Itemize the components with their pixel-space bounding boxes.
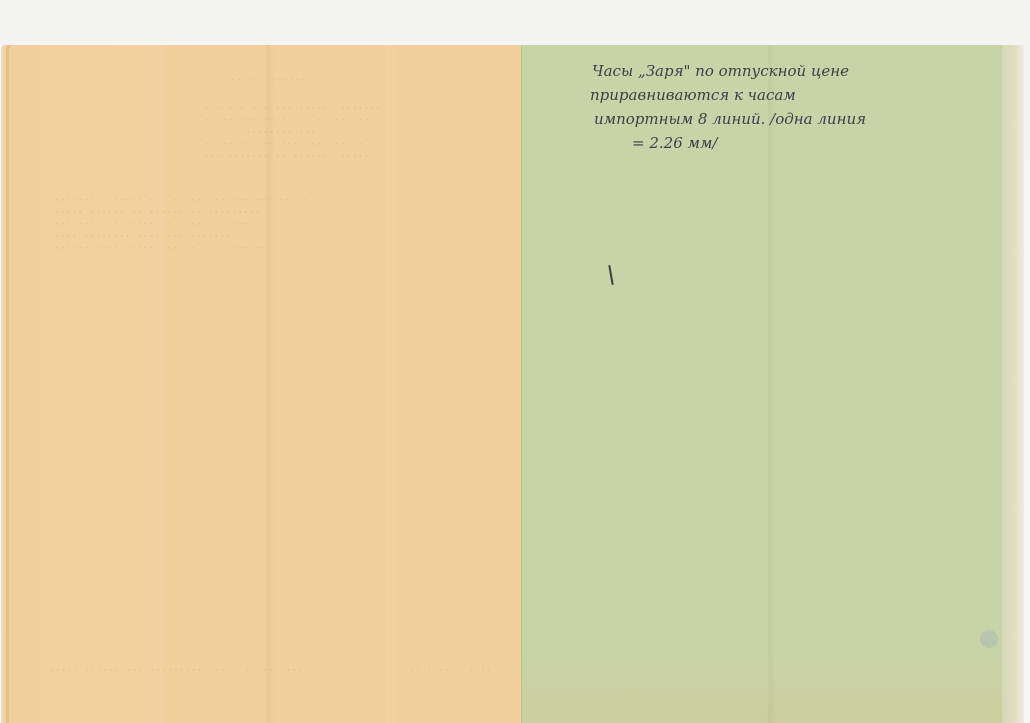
handwritten-line: Часы „Заря" по отпускной цене [572,59,1012,83]
handwritten-line: = 2.26 мм/ [572,131,1012,155]
scanned-document: ······ ······· · · · · · · ··· ····· ···… [0,0,1030,723]
right-page: Часы „Заря" по отпускной цене приравнива… [521,45,1002,723]
bleed-through-text-block: ········ ······ ··· ······ ·· ······· ··… [54,195,309,255]
pen-stroke-mark [608,265,613,285]
left-page: ······ ······· · · · · · · ··· ····· ···… [9,45,521,723]
bleed-through-heading: ······ ······· [224,75,307,87]
bleed-through-text-block: · · · · · · ··· ····· ······· ·· ·· ··· … [204,103,382,163]
handwritten-line: импортным 8 линий. /одна линия [572,107,1012,131]
handwritten-note: Часы „Заря" по отпускной цене приравнива… [572,59,1012,155]
paper-stain [980,630,998,648]
bleed-through-footer: ····· ······ ··· ········· ···· ·· ··· ·… [49,665,304,677]
handwritten-line: приравниваются к часам [572,83,1012,107]
bleed-through-footer: ·· · ·· · ···· [409,665,492,677]
